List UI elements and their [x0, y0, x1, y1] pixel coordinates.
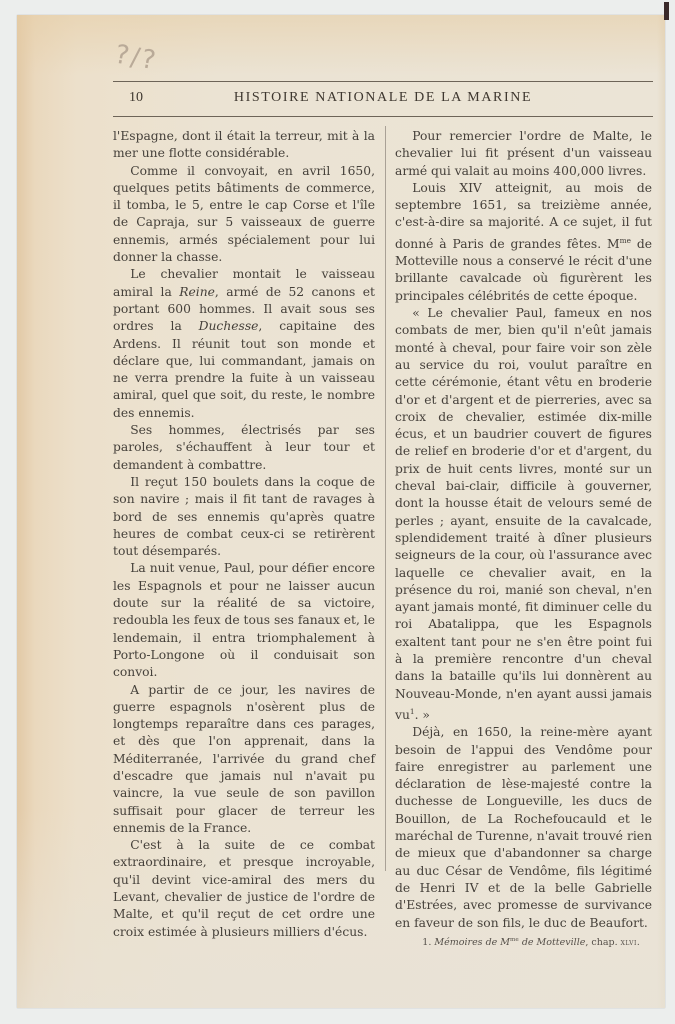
text-span: . »	[415, 708, 430, 722]
paragraph: Le chevalier montait le vaisseau amiral …	[113, 266, 375, 422]
paragraph: Ses hommes, électrisés par ses paroles, …	[113, 422, 375, 474]
footnote-title: Mémoires de M	[434, 937, 510, 948]
column-divider	[385, 126, 386, 871]
paragraph: Il reçut 150 boulets dans la coque de so…	[113, 474, 375, 560]
quotation-paragraph: « Le chevalier Paul, fameux en nos comba…	[395, 305, 652, 724]
header-rule-top	[113, 81, 653, 82]
footnote: 1. Mémoires de Mme de Motteville, chap. …	[395, 932, 652, 952]
text-span: , capitaine des Ardens. Il réunit tout s…	[113, 319, 375, 419]
left-column: l'Espagne, dont il était la terreur, mit…	[113, 128, 375, 941]
ship-name: Reine	[179, 285, 215, 299]
chapter-number: xlvi.	[621, 938, 641, 948]
superscript: me	[510, 937, 519, 943]
paragraph: Déjà, en 1650, la reine-mère ayant besoi…	[395, 724, 652, 932]
ship-name: Duchesse	[199, 319, 259, 333]
text-span: « Le chevalier Paul, fameux en nos comba…	[395, 306, 652, 722]
footnote-marker: 1.	[422, 937, 431, 948]
header-rule-bottom	[113, 116, 653, 117]
paragraph: Pour remercier l'ordre de Malte, le chev…	[395, 128, 652, 180]
text-span: , chap.	[585, 937, 620, 948]
paragraph: A partir de ce jour, les navires de guer…	[113, 682, 375, 838]
paragraph: l'Espagne, dont il était la terreur, mit…	[113, 128, 375, 163]
text-span: Louis XIV atteignit, au mois de septembr…	[395, 181, 652, 251]
paragraph: La nuit venue, Paul, pour défier encore …	[113, 560, 375, 681]
footnote-title: de Motteville	[519, 937, 586, 948]
paragraph: Louis XIV atteignit, au mois de septembr…	[395, 180, 652, 305]
running-header: 10 HISTOIRE NATIONALE DE LA MARINE	[113, 88, 653, 110]
paragraph: C'est à la suite de ce combat extraordin…	[113, 837, 375, 941]
right-column: Pour remercier l'ordre de Malte, le chev…	[395, 128, 652, 952]
superscript: me	[620, 236, 631, 245]
paragraph: Comme il convoyait, en avril 1650, quelq…	[113, 163, 375, 267]
scan-edge-mark	[664, 2, 669, 20]
running-title: HISTOIRE NATIONALE DE LA MARINE	[113, 90, 653, 106]
